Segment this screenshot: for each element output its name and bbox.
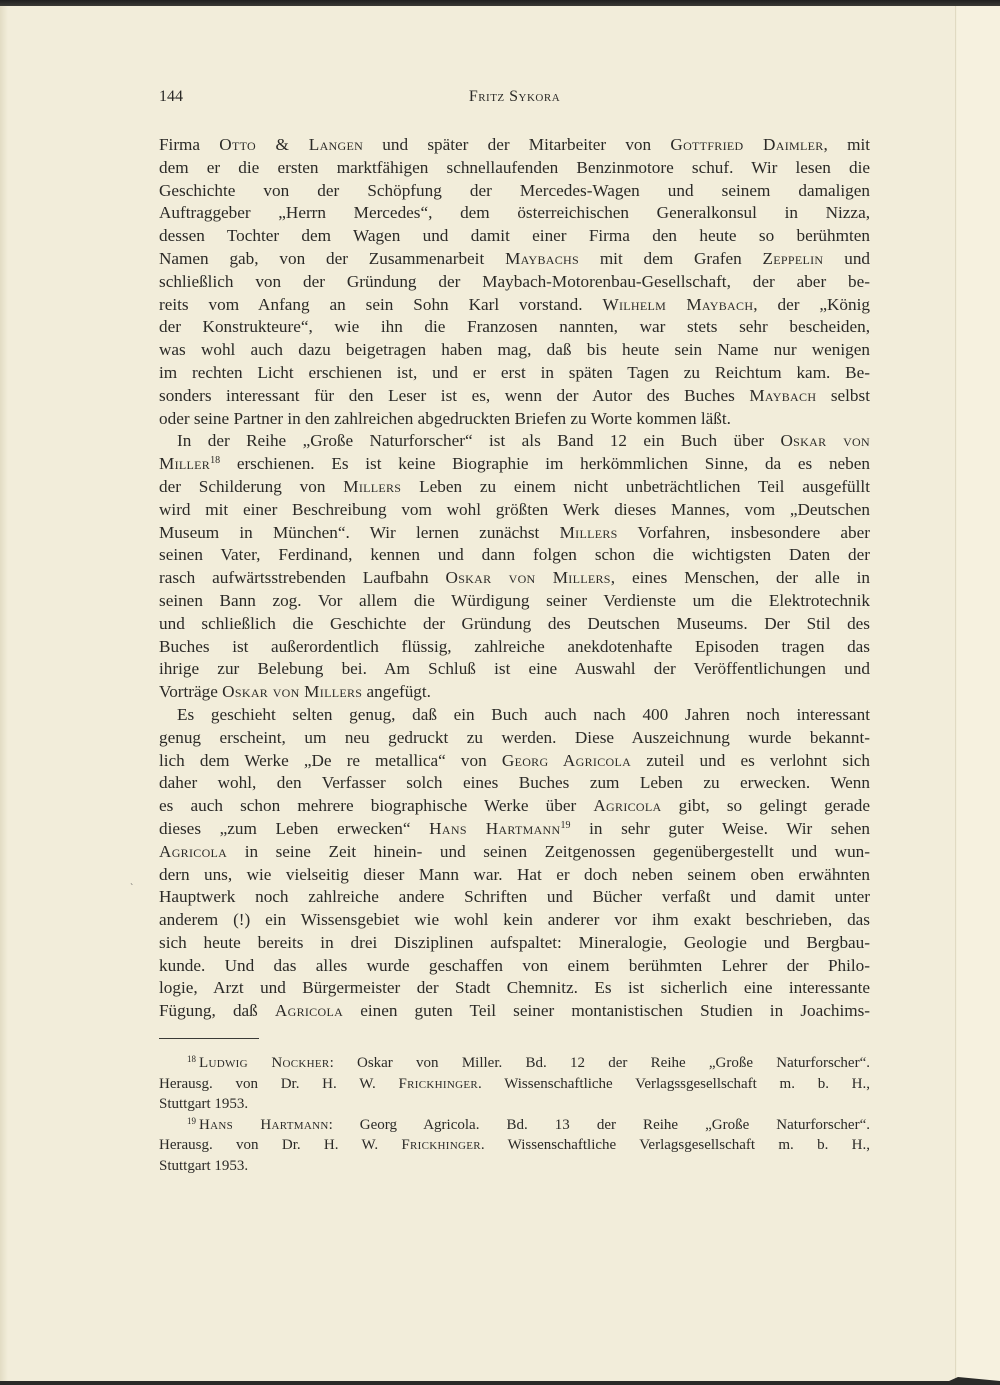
person-name-smallcaps: Oskar von (780, 431, 870, 450)
text-line: Namen gab, von der Zusammenarbeit Maybac… (159, 248, 870, 271)
footnote-line: Stuttgart 1953. (159, 1156, 870, 1177)
running-head: 144 Fritz Sykora (159, 84, 870, 112)
person-name-smallcaps: Agricola (593, 796, 661, 815)
person-name-smallcaps: Wilhelm Maybach (602, 295, 753, 314)
footnote-line: 19Hans Hartmann: Georg Agricola. Bd. 13 … (159, 1115, 870, 1136)
text-line: Agricola in seine Zeit hinein- und seine… (159, 841, 870, 864)
person-name-smallcaps: Ludwig Nockher (199, 1055, 330, 1071)
footnote-line: 18Ludwig Nockher: Oskar von Miller. Bd. … (159, 1053, 870, 1074)
text-line: sich heute bereits in drei Disziplinen a… (159, 932, 870, 955)
text-line: dieses „zum Leben erwecken“ Hans Hartman… (159, 818, 870, 841)
text-line: und schließlich die Geschichte der Gründ… (159, 613, 870, 636)
footnote-rule (159, 1038, 259, 1039)
person-name-smallcaps: Agricola (159, 842, 227, 861)
text-line: logie, Arzt und Bürgermeister der Stadt … (159, 977, 870, 1000)
facing-page-edge (957, 6, 1000, 1385)
person-name-smallcaps: Frickhinger (401, 1137, 480, 1153)
text-line: Es geschieht selten genug, daß ein Buch … (159, 704, 870, 727)
text-line: Auftraggeber „Herrn Mercedes“, dem öster… (159, 202, 870, 225)
text-line: Museum in München“. Wir lernen zunächst … (159, 522, 870, 545)
text-line: reits vom Anfang an sein Sohn Karl vorst… (159, 294, 870, 317)
footnotes: 18Ludwig Nockher: Oskar von Miller. Bd. … (159, 1053, 870, 1176)
text-line: Buches ist außerordentlich flüssig, zahl… (159, 636, 870, 659)
person-name-smallcaps: Oskar von Millers (222, 682, 362, 701)
text-line: was wohl auch dazu beigetragen haben mag… (159, 339, 870, 362)
text-line: Hauptwerk noch zahlreiche andere Schrift… (159, 886, 870, 909)
text-line: seinen Vater, Ferdinand, kennen und dann… (159, 544, 870, 567)
paragraph: Es geschieht selten genug, daß ein Buch … (159, 704, 870, 1023)
person-name-smallcaps: Hans Hartmann (429, 819, 560, 838)
body-text: Firma Otto & Langen und später der Mitar… (159, 134, 870, 1023)
text-line: Miller18 erschienen. Es ist keine Biogra… (159, 453, 870, 476)
footnote-number: 19 (187, 1116, 196, 1126)
footnote-reference[interactable]: 18 (210, 455, 220, 466)
footnote-18: 18Ludwig Nockher: Oskar von Miller. Bd. … (159, 1053, 870, 1115)
person-name-smallcaps: Agricola (275, 1001, 343, 1020)
text-line: dessen Tochter dem Wagen und damit einer… (159, 225, 870, 248)
scan-bottom-border (0, 1381, 960, 1385)
footnote-number: 18 (187, 1054, 196, 1064)
person-name-smallcaps: Millers (343, 477, 401, 496)
text-line: sonders interessant für den Leser ist es… (159, 385, 870, 408)
paragraph: Firma Otto & Langen und später der Mitar… (159, 134, 870, 430)
text-line: Geschichte von der Schöpfung der Mercede… (159, 180, 870, 203)
text-line: genug erscheint, um neu gedruckt zu werd… (159, 727, 870, 750)
text-line: In der Reihe „Große Naturforscher“ ist a… (159, 430, 870, 453)
text-line: rasch aufwärtsstrebenden Laufbahn Oskar … (159, 567, 870, 590)
text-line: im rechten Licht erschienen ist, und er … (159, 362, 870, 385)
person-name-smallcaps: Otto & Langen (219, 135, 363, 154)
text-line: der Konstrukteure“, wie ihn die Franzose… (159, 316, 870, 339)
person-name-smallcaps: Maybachs (505, 249, 579, 268)
text-line: anderem (!) ein Wissensgebiet wie wohl k… (159, 909, 870, 932)
page-fold-line (955, 6, 957, 1385)
text-line: oder seine Partner in den zahlreichen ab… (159, 408, 870, 431)
text-line: Fügung, daß Agricola einen guten Teil se… (159, 1000, 870, 1023)
person-name-smallcaps: Georg Agricola (502, 751, 631, 770)
footnote-line: Herausg. von Dr. H. W. Frickhinger. Wiss… (159, 1074, 870, 1095)
text-line: lich dem Werke „De re metallica“ von Geo… (159, 750, 870, 773)
text-line: kunde. Und das alles wurde geschaffen vo… (159, 955, 870, 978)
person-name-smallcaps: Frickhinger (399, 1076, 478, 1092)
text-line: dern uns, wie vielseitig dieser Mann war… (159, 864, 870, 887)
footnote-line: Stuttgart 1953. (159, 1094, 870, 1115)
text-line: daher wohl, den Verfasser solch eines Bu… (159, 772, 870, 795)
person-name-smallcaps: Zeppelin (763, 249, 824, 268)
text-line: seinen Bann zog. Vor allem die Würdigung… (159, 590, 870, 613)
person-name-smallcaps: Hans Hartmann (199, 1117, 329, 1133)
text-line: es auch schon mehrere biographische Werk… (159, 795, 870, 818)
person-name-smallcaps: Millers (560, 523, 618, 542)
person-name-smallcaps: Miller (159, 454, 210, 473)
person-name-smallcaps: Oskar von Millers (445, 568, 610, 587)
person-name-smallcaps: Gottfried Daimler (670, 135, 823, 154)
footnote-line: Herausg. von Dr. H. W. Frickhinger. Wiss… (159, 1135, 870, 1156)
scan-top-border (0, 0, 1000, 6)
scan-left-edge (0, 0, 8, 1385)
text-line: wird mit einer Beschreibung vom wohl grö… (159, 499, 870, 522)
text-line: schließlich von der Gründung der Maybach… (159, 271, 870, 294)
footnote-19: 19Hans Hartmann: Georg Agricola. Bd. 13 … (159, 1115, 870, 1177)
running-title: Fritz Sykora (159, 88, 870, 106)
book-page: 144 Fritz Sykora Firma Otto & Langen und… (159, 84, 870, 1176)
paragraph: In der Reihe „Große Naturforscher“ ist a… (159, 430, 870, 704)
text-line: ihrige zur Belebung bei. Am Schluß ist e… (159, 658, 870, 681)
text-line: der Schilderung von Millers Leben zu ein… (159, 476, 870, 499)
text-line: dem er die ersten marktfähigen schnellau… (159, 157, 870, 180)
text-line: Firma Otto & Langen und später der Mitar… (159, 134, 870, 157)
person-name-smallcaps: Maybach (749, 386, 816, 405)
footnote-reference[interactable]: 19 (560, 820, 570, 831)
text-line: Vorträge Oskar von Millers angefügt. (159, 681, 870, 704)
stray-scan-mark: ` (130, 883, 133, 894)
